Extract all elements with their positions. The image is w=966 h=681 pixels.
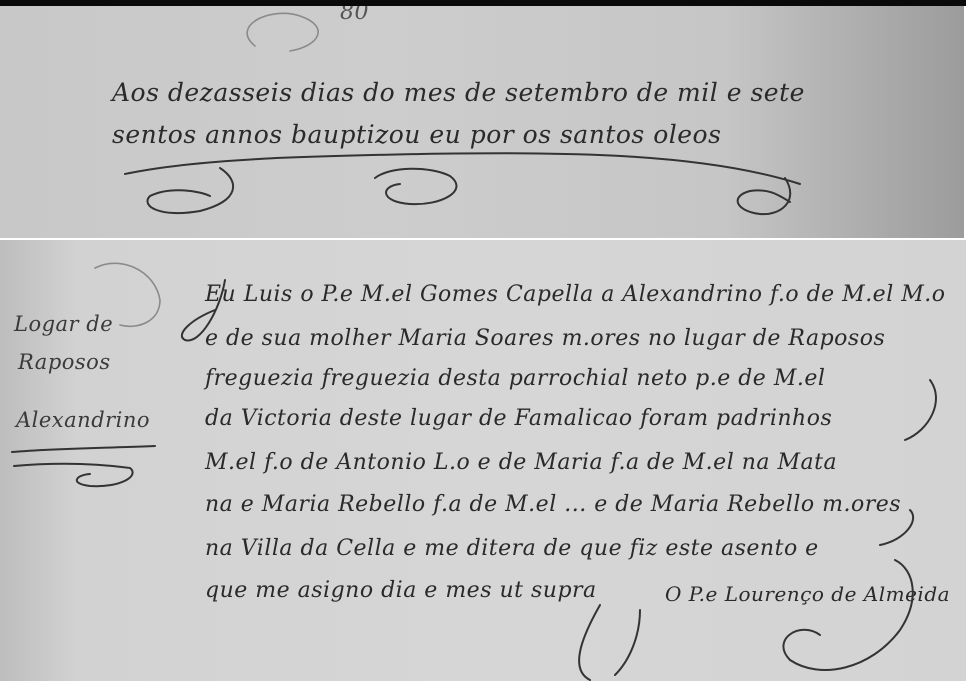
- manuscript-scan-lower: Logar de Raposos Alexandrino Eu Luis o P…: [0, 240, 966, 681]
- manuscript-scan-upper: 80 Aos dezasseis dias do mes de setembro…: [0, 6, 964, 238]
- closing-flourish-upper: [0, 6, 964, 238]
- signature-flourishes: [0, 240, 966, 681]
